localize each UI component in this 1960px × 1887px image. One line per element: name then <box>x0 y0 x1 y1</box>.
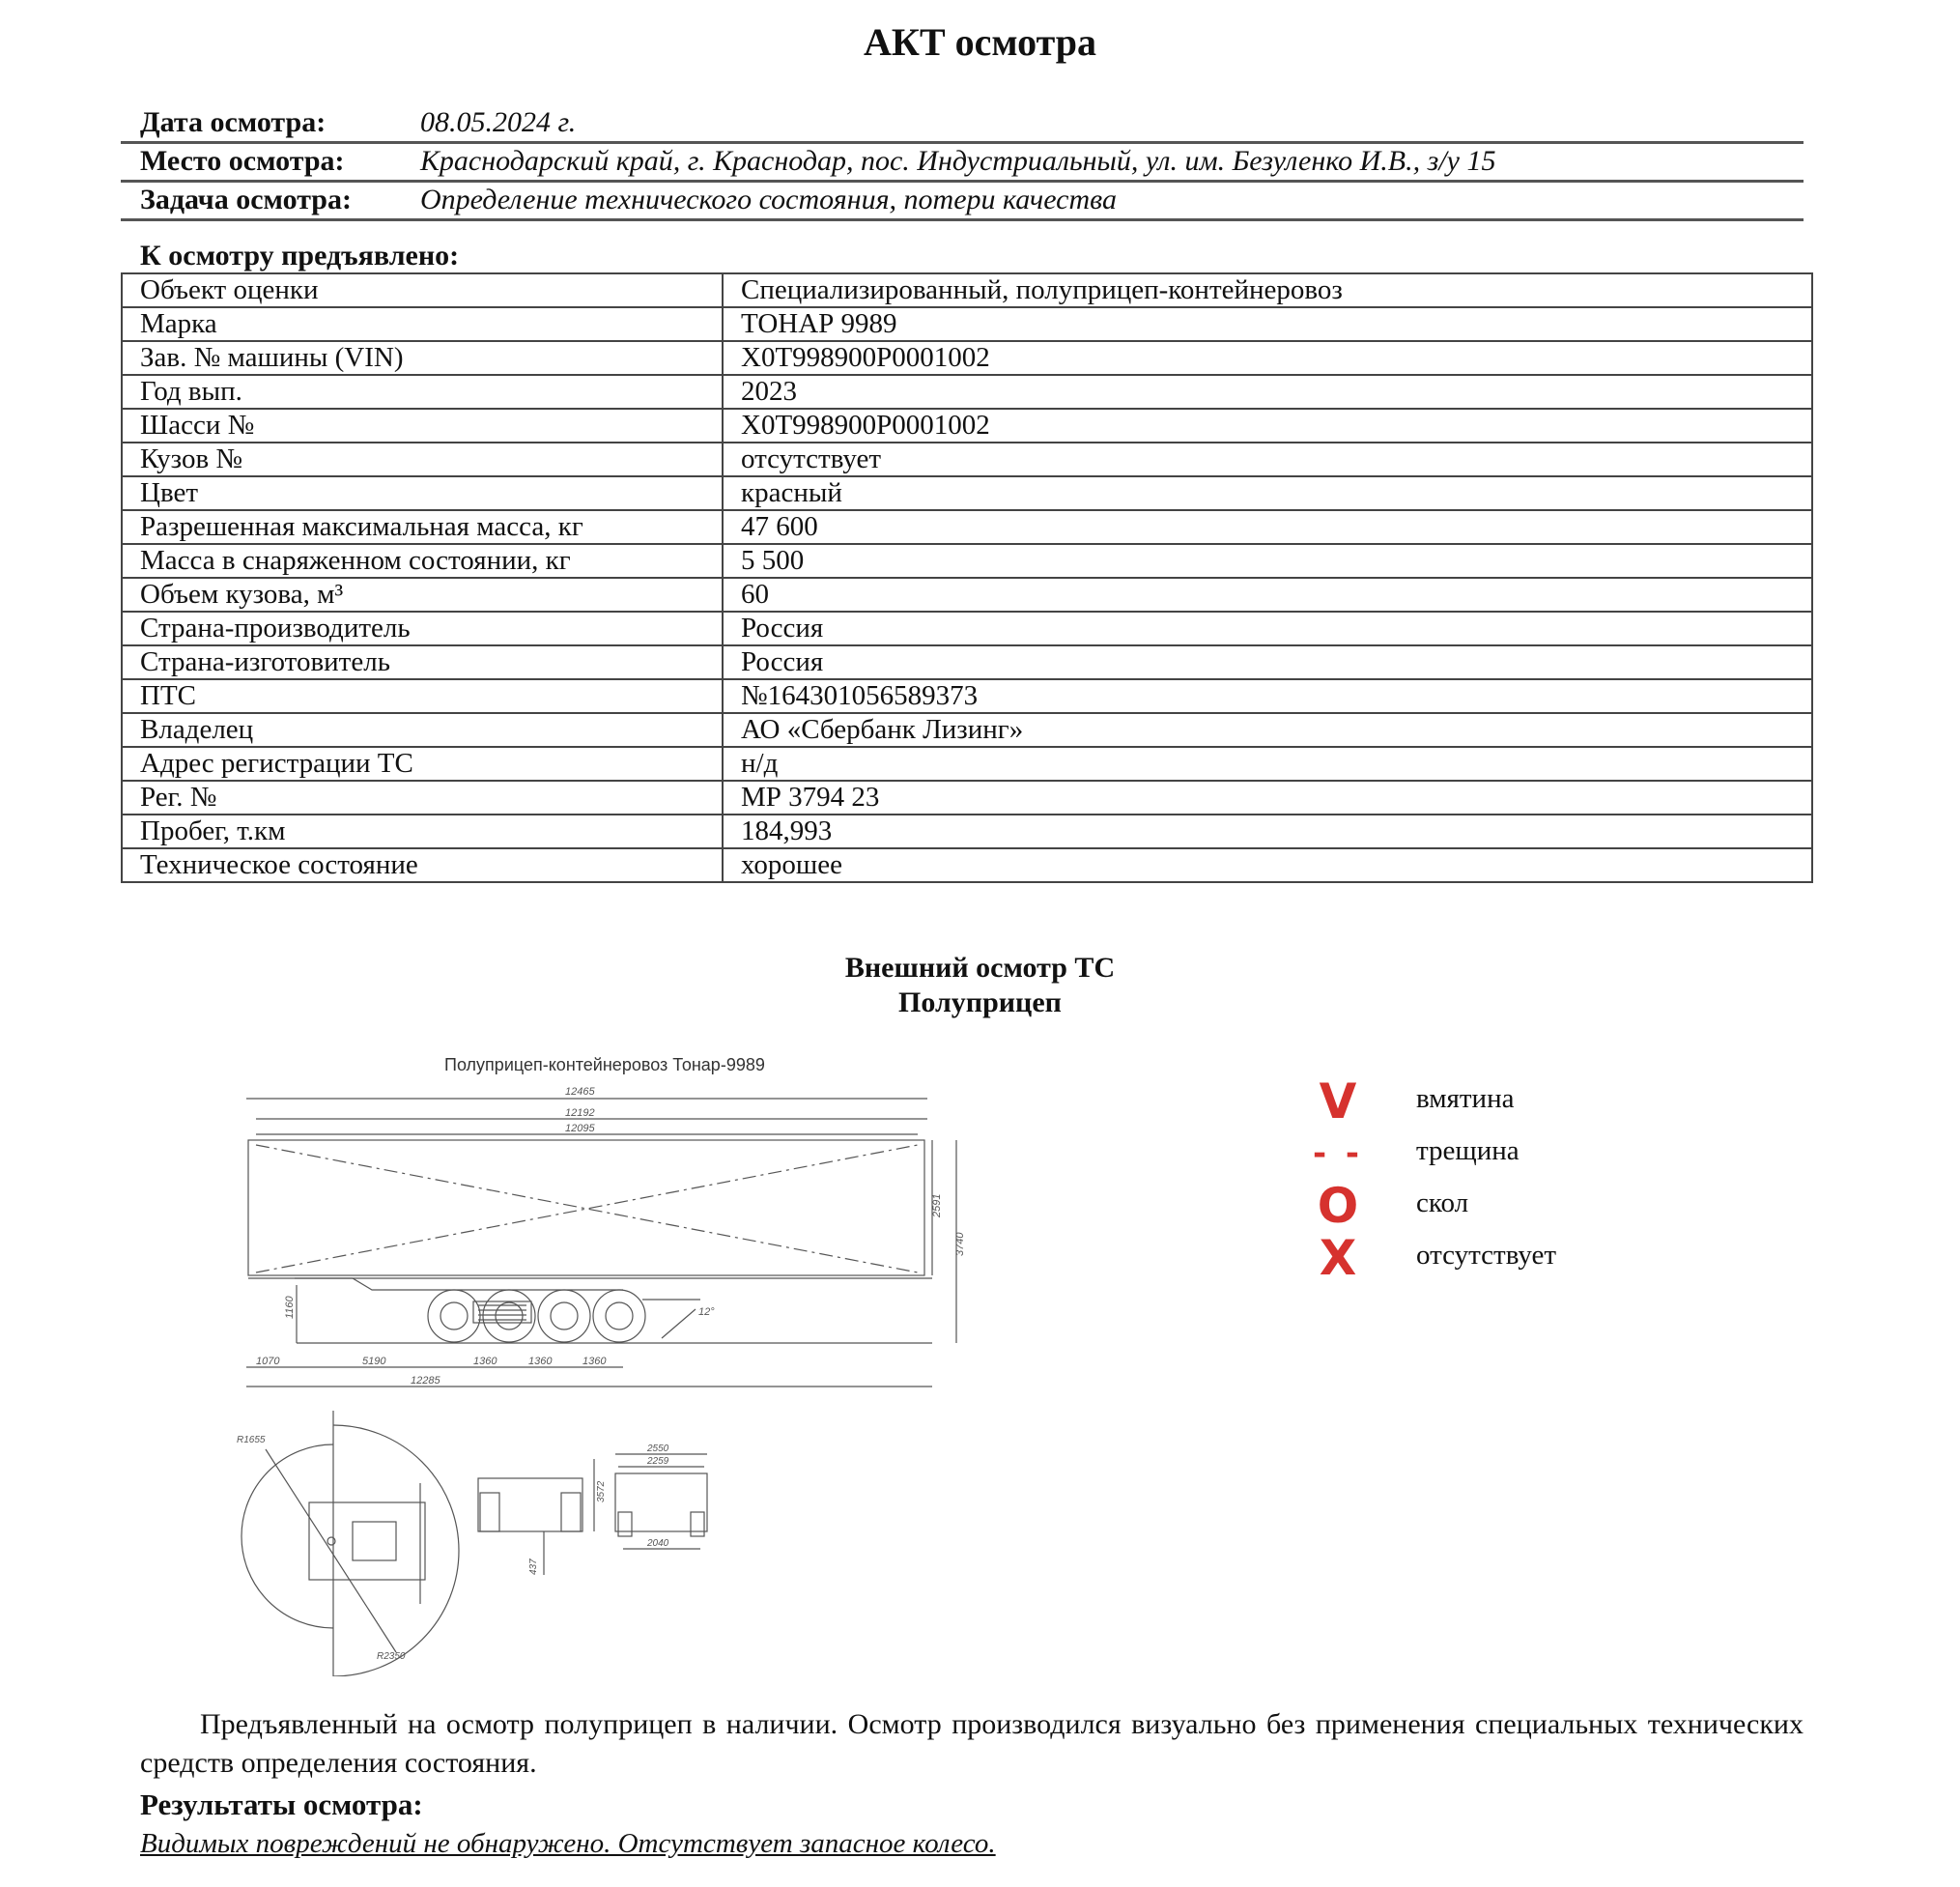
row-key: ПТС <box>122 679 723 713</box>
svg-text:3740: 3740 <box>954 1232 966 1256</box>
svg-text:12285: 12285 <box>411 1375 440 1387</box>
row-value: МР 3794 23 <box>723 781 1812 815</box>
row-key: Рег. № <box>122 781 723 815</box>
svg-text:1360: 1360 <box>473 1356 497 1367</box>
svg-text:3572: 3572 <box>596 1480 607 1502</box>
table-row: Разрешенная максимальная масса, кг47 600 <box>122 510 1812 544</box>
row-value: 2023 <box>723 375 1812 409</box>
results-heading: Результаты осмотра: <box>140 1787 423 1822</box>
row-value: ТОНАР 9989 <box>723 307 1812 341</box>
row-key: Марка <box>122 307 723 341</box>
header-field-task: Задача осмотра: Определение технического… <box>121 180 1804 221</box>
table-row: ВладелецАО «Сбербанк Лизинг» <box>122 713 1812 747</box>
vehicle-info-table: Объект оценкиСпециализированный, полупри… <box>121 272 1813 883</box>
table-row: ПТС№164301056589373 <box>122 679 1812 713</box>
wheels <box>428 1290 645 1342</box>
legend-label: отсутствует <box>1416 1240 1556 1272</box>
table-row: Шасси №X0T998900P0001002 <box>122 409 1812 443</box>
dent-icon: V <box>1304 1077 1372 1126</box>
inspection-paragraph: Предъявленный на осмотр полуприцеп в нал… <box>140 1705 1804 1783</box>
row-key: Разрешенная максимальная масса, кг <box>122 510 723 544</box>
row-value: н/д <box>723 747 1812 781</box>
svg-text:R2350: R2350 <box>377 1651 406 1662</box>
svg-text:12192: 12192 <box>565 1107 595 1119</box>
row-value: 5 500 <box>723 544 1812 578</box>
header-field-date: Дата осмотра: 08.05.2024 г. <box>121 102 1804 144</box>
row-value: отсутствует <box>723 443 1812 476</box>
table-row: Кузов №отсутствует <box>122 443 1812 476</box>
table-row: Масса в снаряженном состоянии, кг5 500 <box>122 544 1812 578</box>
row-value: X0T998900P0001002 <box>723 409 1812 443</box>
svg-text:R1655: R1655 <box>237 1435 266 1445</box>
table-row: Пробег, т.км184,993 <box>122 815 1812 848</box>
row-key: Страна-производитель <box>122 612 723 645</box>
document-title: АКТ осмотра <box>0 19 1960 65</box>
table-row: Адрес регистрации ТСн/д <box>122 747 1812 781</box>
row-value: 60 <box>723 578 1812 612</box>
row-key: Техническое состояние <box>122 848 723 882</box>
row-key: Зав. № машины (VIN) <box>122 341 723 375</box>
row-value: №164301056589373 <box>723 679 1812 713</box>
svg-text:1360: 1360 <box>528 1356 553 1367</box>
row-key: Кузов № <box>122 443 723 476</box>
row-value: хорошее <box>723 848 1812 882</box>
svg-text:437: 437 <box>528 1558 539 1575</box>
legend-label: трещина <box>1416 1135 1520 1167</box>
row-value: красный <box>723 476 1812 510</box>
row-key: Адрес регистрации ТС <box>122 747 723 781</box>
inspection-subheading: Полуприцеп <box>0 986 1960 1019</box>
legend-label: скол <box>1416 1187 1468 1219</box>
table-row: Рег. №МР 3794 23 <box>122 781 1812 815</box>
results-text: Видимых повреждений не обнаружено. Отсут… <box>140 1828 996 1860</box>
drawing-caption: Полуприцеп-контейнеровоз Тонар-9989 <box>444 1055 765 1074</box>
row-value: X0T998900P0001002 <box>723 341 1812 375</box>
presented-label: К осмотру предъявлено: <box>140 240 459 272</box>
svg-text:1360: 1360 <box>582 1356 607 1367</box>
row-value: Россия <box>723 612 1812 645</box>
row-value: 47 600 <box>723 510 1812 544</box>
svg-text:1160: 1160 <box>284 1295 296 1319</box>
header-value: Краснодарский край, г. Краснодар, пос. И… <box>420 145 1496 178</box>
row-key: Пробег, т.км <box>122 815 723 848</box>
row-value: Специализированный, полуприцеп-контейнер… <box>723 273 1812 307</box>
missing-icon: X <box>1304 1234 1372 1282</box>
table-row: Объект оценкиСпециализированный, полупри… <box>122 273 1812 307</box>
svg-text:12°: 12° <box>698 1306 715 1318</box>
header-label: Место осмотра: <box>140 145 345 178</box>
svg-text:2040: 2040 <box>646 1538 669 1549</box>
svg-text:5190: 5190 <box>362 1356 386 1367</box>
row-key: Цвет <box>122 476 723 510</box>
svg-text:2259: 2259 <box>646 1456 669 1467</box>
row-key: Объект оценки <box>122 273 723 307</box>
table-row: Год вып.2023 <box>122 375 1812 409</box>
row-key: Объем кузова, м³ <box>122 578 723 612</box>
row-key: Страна-изготовитель <box>122 645 723 679</box>
header-field-place: Место осмотра: Краснодарский край, г. Кр… <box>121 141 1804 183</box>
row-key: Шасси № <box>122 409 723 443</box>
header-value: 08.05.2024 г. <box>420 106 576 139</box>
header-label: Дата осмотра: <box>140 106 326 139</box>
inspection-heading: Внешний осмотр ТС <box>0 952 1960 985</box>
header-value: Определение технического состояния, поте… <box>420 184 1117 216</box>
row-value: 184,993 <box>723 815 1812 848</box>
chip-icon: O <box>1304 1182 1372 1230</box>
table-row: Зав. № машины (VIN)X0T998900P0001002 <box>122 341 1812 375</box>
table-row: Страна-изготовительРоссия <box>122 645 1812 679</box>
table-row: МаркаТОНАР 9989 <box>122 307 1812 341</box>
table-row: Техническое состояниехорошее <box>122 848 1812 882</box>
row-key: Год вып. <box>122 375 723 409</box>
legend-label: вмятина <box>1416 1083 1514 1115</box>
crack-icon: - - <box>1304 1129 1372 1178</box>
svg-text:12095: 12095 <box>565 1123 595 1134</box>
svg-text:2550: 2550 <box>646 1444 669 1454</box>
svg-text:1070: 1070 <box>256 1356 280 1367</box>
svg-text:12465: 12465 <box>565 1086 595 1098</box>
table-row: Страна-производительРоссия <box>122 612 1812 645</box>
row-value: Россия <box>723 645 1812 679</box>
table-row: Объем кузова, м³60 <box>122 578 1812 612</box>
row-value: АО «Сбербанк Лизинг» <box>723 713 1812 747</box>
row-key: Масса в снаряженном состоянии, кг <box>122 544 723 578</box>
table-row: Цветкрасный <box>122 476 1812 510</box>
header-label: Задача осмотра: <box>140 184 352 216</box>
row-key: Владелец <box>122 713 723 747</box>
svg-text:2591: 2591 <box>931 1194 943 1218</box>
trailer-technical-drawing: Полуприцеп-контейнеровоз Тонар-9989 1246… <box>237 1048 980 1676</box>
